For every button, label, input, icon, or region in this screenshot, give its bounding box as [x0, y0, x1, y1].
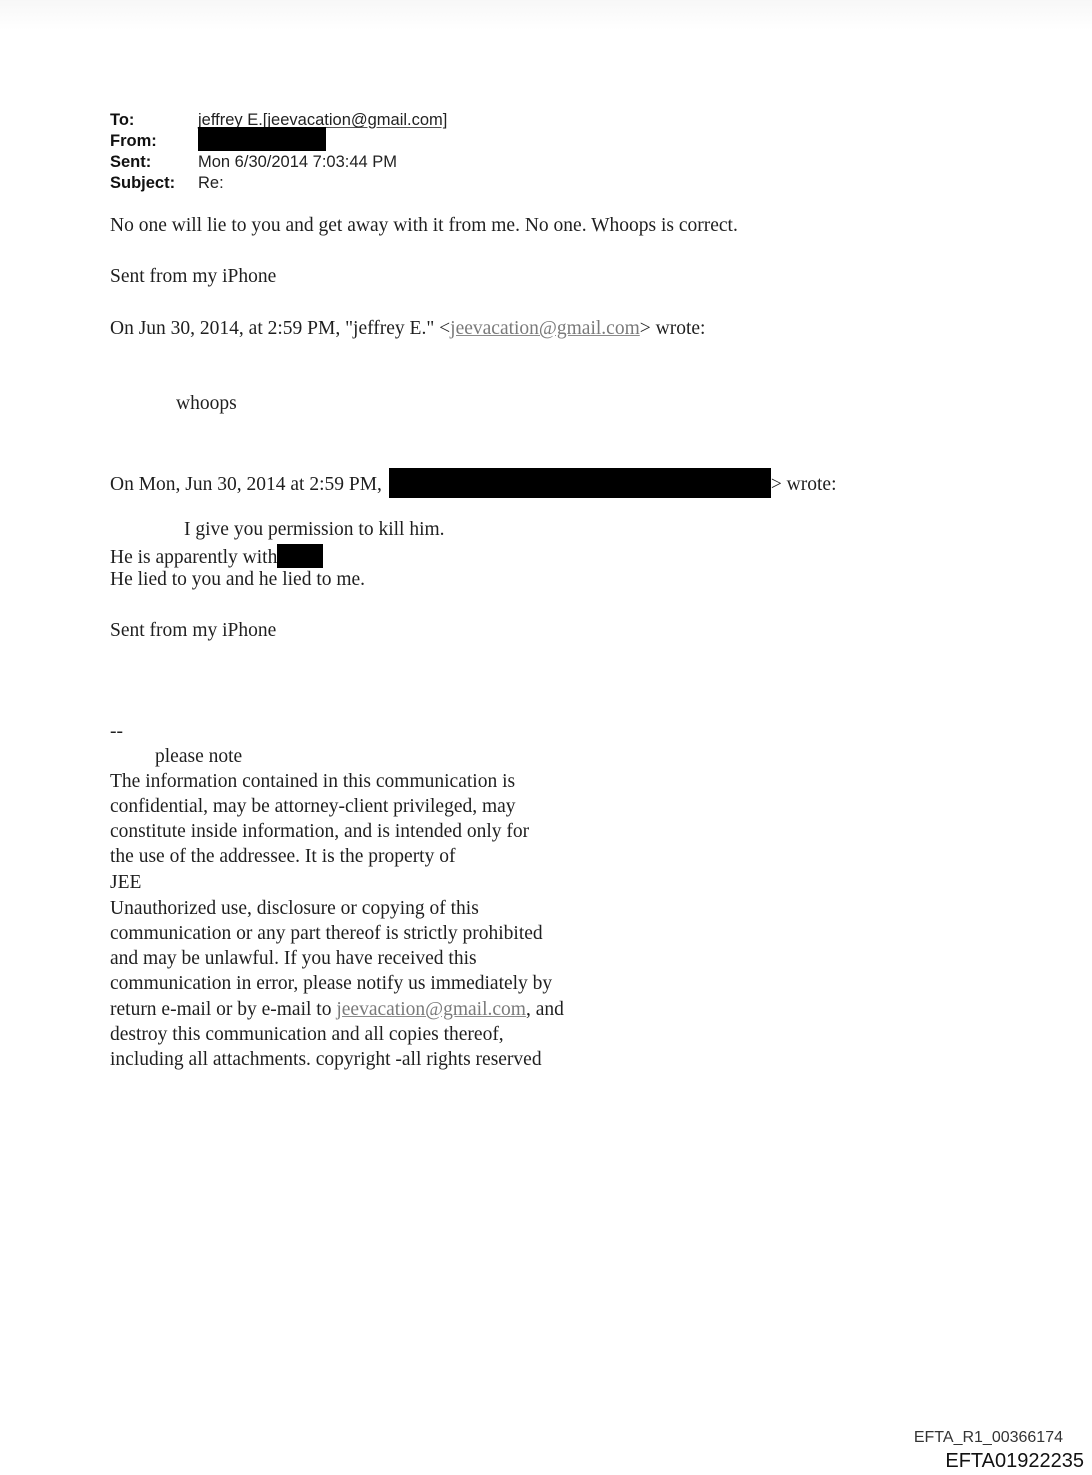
disclaimer-email-prefix: return e-mail or by e-mail to [110, 999, 336, 1020]
email-link[interactable]: jeevacation@gmail.com [336, 999, 526, 1020]
reply-text: No one will lie to you and get away with… [110, 215, 738, 237]
from-label: From: [110, 131, 198, 152]
quote-1-suffix: > wrote: [640, 318, 706, 339]
quote-2-prefix: On Mon, Jun 30, 2014 at 2:59 PM, [110, 474, 382, 495]
redaction-block [277, 544, 323, 568]
bates-stamps: EFTA_R1_00366174 EFTA01922235 [914, 1427, 1064, 1473]
disclaimer-line: communication in error, please notify us… [110, 973, 552, 995]
signature-2: Sent from my iPhone [110, 620, 276, 642]
quoted-line-2: He is apparently with [110, 544, 323, 569]
from-row: From: [110, 131, 447, 152]
quoted-reply: whoops [176, 393, 237, 415]
email-link[interactable]: jeevacation@gmail.com [450, 318, 640, 339]
disclaimer-email-line: return e-mail or by e-mail to jeevacatio… [110, 999, 564, 1021]
quote-1-prefix: On Jun 30, 2014, at 2:59 PM, "jeffrey E.… [110, 318, 450, 339]
disclaimer-line: communication or any part thereof is str… [110, 923, 543, 945]
disclaimer-line: constitute inside information, and is in… [110, 821, 529, 843]
disclaimer-heading: please note [155, 746, 242, 768]
quote-1-header: On Jun 30, 2014, at 2:59 PM, "jeffrey E.… [110, 318, 705, 340]
redaction-block [198, 127, 326, 151]
email-header: To: jeffrey E.[jeevacation@gmail.com] Fr… [110, 110, 447, 194]
quote-2-suffix: > wrote: [771, 474, 837, 495]
disclaimer-line: and may be unlawful. If you have receive… [110, 948, 477, 970]
sent-value: Mon 6/30/2014 7:03:44 PM [198, 152, 397, 173]
disclaimer-line: JEE [110, 872, 141, 894]
sent-row: Sent: Mon 6/30/2014 7:03:44 PM [110, 152, 447, 173]
to-label: To: [110, 110, 198, 131]
disclaimer-line: Unauthorized use, disclosure or copying … [110, 898, 479, 920]
disclaimer-line: confidential, may be attorney-client pri… [110, 796, 516, 818]
quoted-line-1: I give you permission to kill him. [184, 519, 445, 541]
disclaimer-line: the use of the addressee. It is the prop… [110, 846, 455, 868]
disclaimer-line: destroy this communication and all copie… [110, 1024, 504, 1046]
sent-label: Sent: [110, 152, 198, 173]
redaction-block [389, 468, 771, 498]
disclaimer-line: The information contained in this commun… [110, 771, 515, 793]
disclaimer-line: including all attachments. copyright -al… [110, 1049, 542, 1071]
page-top-shade [0, 0, 1092, 30]
signature-1: Sent from my iPhone [110, 266, 276, 288]
bates-number-1: EFTA_R1_00366174 [914, 1427, 1063, 1449]
quote-2-header: On Mon, Jun 30, 2014 at 2:59 PM, > wrote… [110, 468, 837, 498]
subject-label: Subject: [110, 173, 198, 194]
quoted-line-2-text: He is apparently with [110, 547, 277, 568]
disclaimer-email-suffix: , and [526, 999, 564, 1020]
subject-value: Re: [198, 173, 224, 194]
quoted-line-3: He lied to you and he lied to me. [110, 569, 365, 591]
bates-number-2: EFTA01922235 [914, 1449, 1084, 1473]
subject-row: Subject: Re: [110, 173, 447, 194]
disclaimer-separator: -- [110, 721, 123, 743]
